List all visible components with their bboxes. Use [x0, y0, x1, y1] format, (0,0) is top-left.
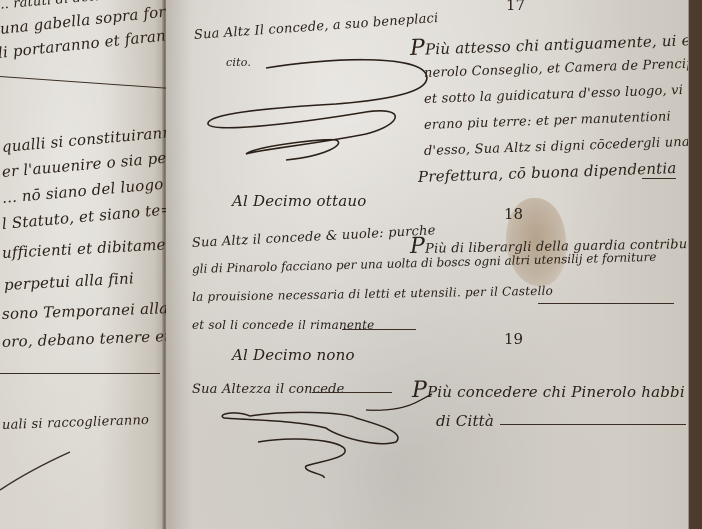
response-19-end-rule [312, 392, 392, 393]
left-rule-1 [0, 76, 168, 89]
left-line-10: sono Temporanei alla [2, 299, 168, 323]
response-19: Sua Altezza il concede [192, 382, 345, 397]
response-17-line-1: Sua Altz Il concede, a suo beneplaci [193, 11, 438, 43]
request-17-line-6: Prefettura, cō buona dipendentia [418, 159, 677, 186]
request-17-line-3: et sotto la guidicatura d'esso luogo, vi [424, 83, 684, 107]
request-18-end-rule [538, 303, 674, 304]
left-flourish-stroke [0, 440, 80, 500]
signature-flourish-17 [186, 56, 426, 176]
heading-decimo-ottavo: Al Decimo ottauo [232, 192, 366, 210]
left-line-11: oro, debano tenere et [2, 327, 168, 351]
manuscript-photo: ... ratuti di detto luogo si ... forma d… [0, 0, 702, 529]
request-17-line-1: PPiù attesso chi antiguamente, ui era in… [410, 24, 689, 61]
left-line-8: ufficienti et dibitament [2, 235, 168, 262]
left-rule-2 [0, 373, 160, 374]
heading-decimo-nono: Al Decimo nono [232, 346, 355, 364]
left-line-9: perpetui alla fini [4, 269, 135, 294]
request-19-line-2: di Città [436, 412, 494, 430]
page-number-19: 19 [504, 330, 523, 348]
request-17-end-rule [642, 178, 676, 179]
left-line-12: uali si raccoglieranno [2, 413, 150, 433]
request-19-line-1: PPiù concedere chi Pinerolo habbi titulo [412, 378, 689, 403]
request-19-end-rule [500, 424, 686, 425]
response-18-end-rule [342, 329, 416, 330]
page-number-18: 18 [504, 205, 523, 223]
left-page: ... ratuti di detto luogo si ... forma d… [0, 0, 168, 529]
right-page: 17 Sua Altz Il concede, a suo beneplaci … [166, 0, 689, 529]
page-number-17: 17 [506, 0, 525, 14]
response-18-line-1: Sua Altz il concede & uuole: purche [192, 223, 436, 251]
request-17-line-4: erano piu terre: et per manutentioni [424, 109, 671, 133]
request-17-line-2: nerolo Conseglio, et Camera de Prencipi, [424, 56, 689, 81]
request-18-line-3: la prouisione necessaria di letti et ute… [192, 284, 553, 304]
signature-flourish-19 [206, 400, 426, 490]
request-17-line-5: d'esso, Sua Altz si digni cōcedergli una [424, 135, 689, 159]
left-line-7: l Statuto, et siano te= [1, 200, 168, 233]
